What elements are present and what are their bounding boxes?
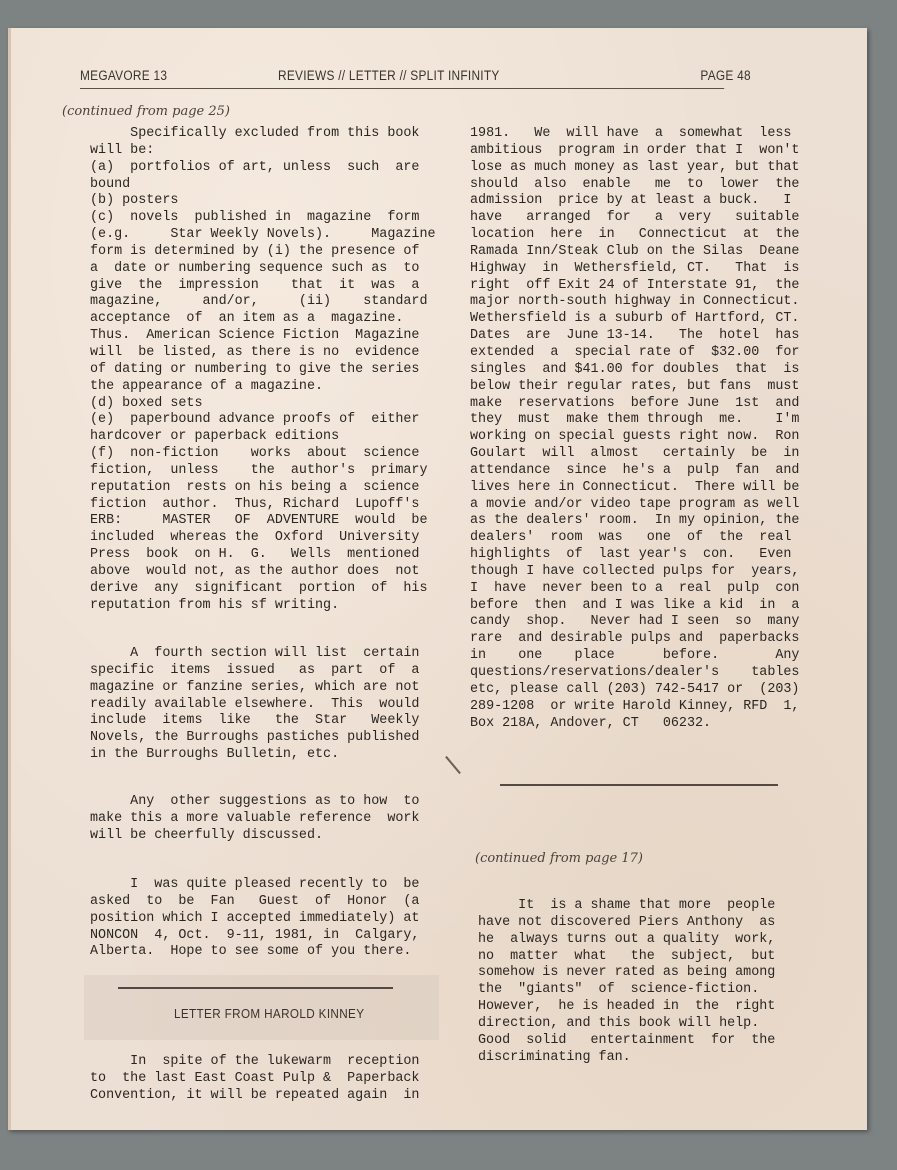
- text-line: acceptance of an item as a magazine.: [90, 311, 436, 328]
- text-line: right off Exit 24 of Interstate 91, the: [470, 278, 799, 295]
- text-line: lose as much money as last year, but tha…: [470, 160, 799, 177]
- text-line: 1981. We will have a somewhat less: [470, 126, 799, 143]
- text-line: Highway in Wethersfield, CT. That is: [470, 261, 799, 278]
- text-line: (f) non-fiction works about science: [90, 446, 436, 463]
- text-line: It is a shame that more people: [478, 898, 775, 915]
- text-line: 289-1208 or write Harold Kinney, RFD 1,: [470, 699, 799, 716]
- left-block-suggestions: Any other suggestions as to how tomake t…: [90, 794, 419, 845]
- text-line: questions/reservations/dealer's tables: [470, 665, 799, 682]
- text-line: included whereas the Oxford University: [90, 530, 436, 547]
- text-line: Ramada Inn/Steak Club on the Silas Deane: [470, 244, 799, 261]
- text-line: (c) novels published in magazine form: [90, 210, 436, 227]
- text-line: before then and I was like a kid in a: [470, 598, 799, 615]
- text-line: However, he is headed in the right: [478, 999, 775, 1016]
- page-number: PAGE 48: [700, 68, 751, 83]
- section-divider-left: [118, 987, 393, 989]
- text-line: ERB: MASTER OF ADVENTURE would be: [90, 513, 436, 530]
- text-line: discriminating fan.: [478, 1050, 775, 1067]
- text-line: he always turns out a quality work,: [478, 932, 775, 949]
- text-line: no matter what the subject, but: [478, 949, 775, 966]
- text-line: singles and $41.00 for doubles that is: [470, 362, 799, 379]
- text-line: have arranged for a very suitable: [470, 210, 799, 227]
- text-line: ambitious program in order that I won't: [470, 143, 799, 160]
- text-line: to the last East Coast Pulp & Paperback: [90, 1071, 419, 1088]
- text-line: dealers' room was one of the real: [470, 530, 799, 547]
- text-line: (e.g. Star Weekly Novels). Magazine: [90, 227, 436, 244]
- text-line: make this a more valuable reference work: [90, 811, 419, 828]
- text-line: a date or numbering sequence such as to: [90, 261, 436, 278]
- text-line: will be cheerfully discussed.: [90, 828, 419, 845]
- text-line: hardcover or paperback editions: [90, 429, 436, 446]
- text-line: direction, and this book will help.: [478, 1016, 775, 1033]
- text-line: major north-south highway in Connecticut…: [470, 294, 799, 311]
- text-line: in the Burroughs Bulletin, etc.: [90, 747, 419, 764]
- text-line: reputation rests on his being a science: [90, 480, 436, 497]
- continued-note-right: (continued from page 17): [475, 851, 643, 866]
- text-line: Alberta. Hope to see some of you there.: [90, 944, 419, 961]
- text-line: should also enable me to lower the: [470, 177, 799, 194]
- text-line: have not discovered Piers Anthony as: [478, 915, 775, 932]
- text-line: admission price by at least a buck. I: [470, 193, 799, 210]
- text-line: the appearance of a magazine.: [90, 379, 436, 396]
- text-line: will be listed, as there is no evidence: [90, 345, 436, 362]
- text-line: highlights of last year's con. Even: [470, 547, 799, 564]
- text-line: Novels, the Burroughs pastiches publishe…: [90, 730, 419, 747]
- section-divider-right: [500, 784, 778, 786]
- text-line: (b) posters: [90, 193, 436, 210]
- text-line: they must make them through me. I'm: [470, 412, 799, 429]
- text-line: specific items issued as part of a: [90, 663, 419, 680]
- text-line: I was quite pleased recently to be: [90, 877, 419, 894]
- text-line: as the dealers' room. In my opinion, the: [470, 513, 799, 530]
- text-line: include items like the Star Weekly: [90, 713, 419, 730]
- text-line: (d) boxed sets: [90, 396, 436, 413]
- section-title: REVIEWS // LETTER // SPLIT INFINITY: [278, 68, 500, 83]
- text-line: I have never been to a real pulp con: [470, 581, 799, 598]
- continued-note-left: (continued from page 25): [62, 104, 230, 119]
- left-block-guest-of-honor: I was quite pleased recently to beasked …: [90, 877, 419, 961]
- text-line: Press book on H. G. Wells mentioned: [90, 547, 436, 564]
- right-block-review: It is a shame that more peoplehave not d…: [478, 898, 775, 1066]
- text-line: in one place before. Any: [470, 648, 799, 665]
- text-line: candy shop. Never had I seen so many: [470, 614, 799, 631]
- text-line: below their regular rates, but fans must: [470, 379, 799, 396]
- letter-heading: LETTER FROM HAROLD KINNEY: [174, 1006, 364, 1021]
- text-line: the "giants" of science-fiction.: [478, 982, 775, 999]
- text-line: Good solid entertainment for the: [478, 1033, 775, 1050]
- page-header: MEGAVORE 13 REVIEWS // LETTER // SPLIT I…: [80, 66, 724, 89]
- text-line: Box 218A, Andover, CT 06232.: [470, 716, 799, 733]
- text-line: extended a special rate of $32.00 for: [470, 345, 799, 362]
- text-line: bound: [90, 177, 436, 194]
- text-line: Any other suggestions as to how to: [90, 794, 419, 811]
- magazine-issue: MEGAVORE 13: [80, 68, 167, 83]
- left-block-exclusions: Specifically excluded from this bookwill…: [90, 126, 436, 614]
- text-line: Wethersfield is a suburb of Hartford, CT…: [470, 311, 799, 328]
- text-line: NONCON 4, Oct. 9-11, 1981, in Calgary,: [90, 928, 419, 945]
- text-line: though I have collected pulps for years,: [470, 564, 799, 581]
- text-line: location here in Connecticut at the: [470, 227, 799, 244]
- text-line: asked to be Fan Guest of Honor (a: [90, 894, 419, 911]
- text-line: form is determined by (i) the presence o…: [90, 244, 436, 261]
- text-line: give the impression that it was a: [90, 278, 436, 295]
- left-block-fourth-section: A fourth section will list certainspecif…: [90, 646, 419, 764]
- text-line: rare and desirable pulps and paperbacks: [470, 631, 799, 648]
- text-line: readily available elsewhere. This would: [90, 697, 419, 714]
- text-line: magazine, and/or, (ii) standard: [90, 294, 436, 311]
- right-block-letter-continued: 1981. We will have a somewhat lessambiti…: [470, 126, 799, 732]
- text-line: (e) paperbound advance proofs of either: [90, 412, 436, 429]
- text-line: of dating or numbering to give the serie…: [90, 362, 436, 379]
- text-line: In spite of the lukewarm reception: [90, 1054, 419, 1071]
- text-line: Specifically excluded from this book: [90, 126, 436, 143]
- text-line: lives here in Connecticut. There will be: [470, 480, 799, 497]
- text-line: position which I accepted immediately) a…: [90, 911, 419, 928]
- text-line: Thus. American Science Fiction Magazine: [90, 328, 436, 345]
- text-line: etc, please call (203) 742-5417 or (203): [470, 682, 799, 699]
- text-line: make reservations before June 1st and: [470, 396, 799, 413]
- text-line: A fourth section will list certain: [90, 646, 419, 663]
- text-line: will be:: [90, 143, 436, 160]
- text-line: fiction author. Thus, Richard Lupoff's: [90, 497, 436, 514]
- left-block-letter-start: In spite of the lukewarm receptionto the…: [90, 1054, 419, 1105]
- text-line: fiction, unless the author's primary: [90, 463, 436, 480]
- text-line: Convention, it will be repeated again in: [90, 1088, 419, 1105]
- text-line: above would not, as the author does not: [90, 564, 436, 581]
- text-line: a movie and/or video tape program as wel…: [470, 497, 799, 514]
- text-line: Goulart will almost certainly be in: [470, 446, 799, 463]
- text-line: derive any significant portion of his: [90, 581, 436, 598]
- text-line: (a) portfolios of art, unless such are: [90, 160, 436, 177]
- text-line: working on special guests right now. Ron: [470, 429, 799, 446]
- text-line: attendance since he's a pulp fan and: [470, 463, 799, 480]
- text-line: magazine or fanzine series, which are no…: [90, 680, 419, 697]
- text-line: reputation from his sf writing.: [90, 598, 436, 615]
- text-line: somehow is never rated as being among: [478, 965, 775, 982]
- text-line: Dates are June 13-14. The hotel has: [470, 328, 799, 345]
